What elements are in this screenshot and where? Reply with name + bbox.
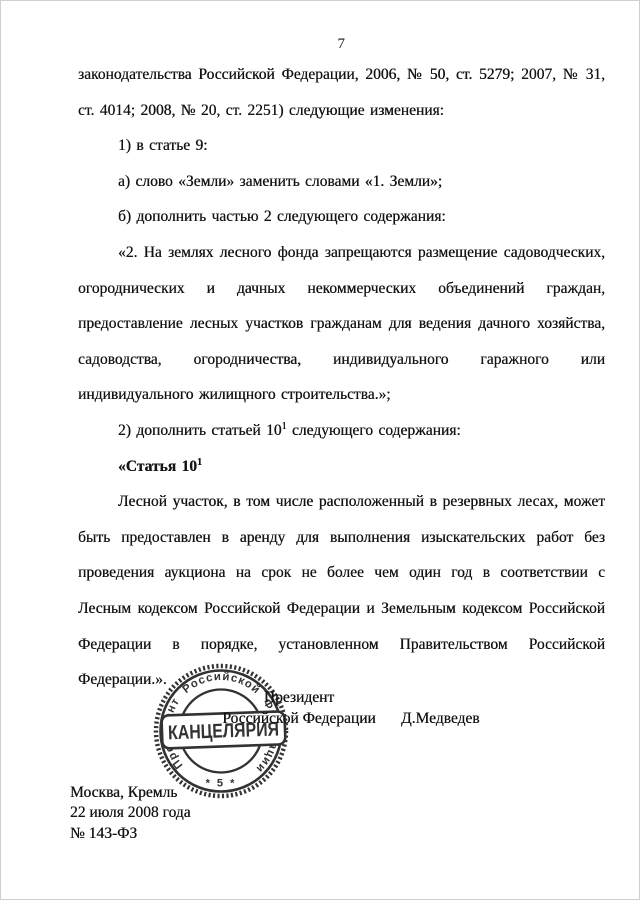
item-2-text-cont: следующего содержания: xyxy=(287,422,461,439)
paragraph-item-1a: а) слово «Земли» заменить словами «1. Зе… xyxy=(78,164,605,200)
signature-block: Президент Российской Федерации Д.Медведе… xyxy=(213,687,480,729)
paragraph-part-2-text: «2. На землях лесного фонда запрещаются … xyxy=(78,235,605,413)
paragraph-item-2: 2) дополнить статьей 101 следующего соде… xyxy=(78,413,605,449)
document-body: законодательства Российской Федерации, 2… xyxy=(78,57,605,698)
law-number: № 143-ФЗ xyxy=(70,824,191,844)
paragraph-amendments-intro: законодательства Российской Федерации, 2… xyxy=(78,57,605,128)
article-heading-superscript: 1 xyxy=(197,457,202,468)
signatory-title: Президент Российской Федерации xyxy=(213,687,385,729)
chancellery-seal-stamp: Президент Российской Федерации * 5 * КАН… xyxy=(151,661,291,801)
article-heading: «Статья 101 xyxy=(78,449,605,485)
signatory-title-line2: Российской Федерации xyxy=(213,708,385,729)
issuance-place: Москва, Кремль xyxy=(70,783,191,803)
paragraph-item-1: 1) в статье 9: xyxy=(78,128,605,164)
item-2-text: 2) дополнить статьей 10 xyxy=(118,422,282,439)
seal-number-text: * 5 * xyxy=(206,778,237,790)
signatory-name: Д.Медведев xyxy=(401,708,480,729)
article-heading-text: «Статья 10 xyxy=(118,458,197,475)
seal-icon: Президент Российской Федерации * 5 * КАН… xyxy=(151,661,291,801)
page-number: 7 xyxy=(78,36,605,53)
issuance-block: Москва, Кремль 22 июля 2008 года № 143-Ф… xyxy=(70,783,191,844)
document-page: 7 законодательства Российской Федерации,… xyxy=(0,0,640,900)
paragraph-item-1b: б) дополнить частью 2 следующего содержа… xyxy=(78,199,605,235)
signatory-title-line1: Президент xyxy=(213,687,385,708)
issuance-date: 22 июля 2008 года xyxy=(70,803,191,823)
